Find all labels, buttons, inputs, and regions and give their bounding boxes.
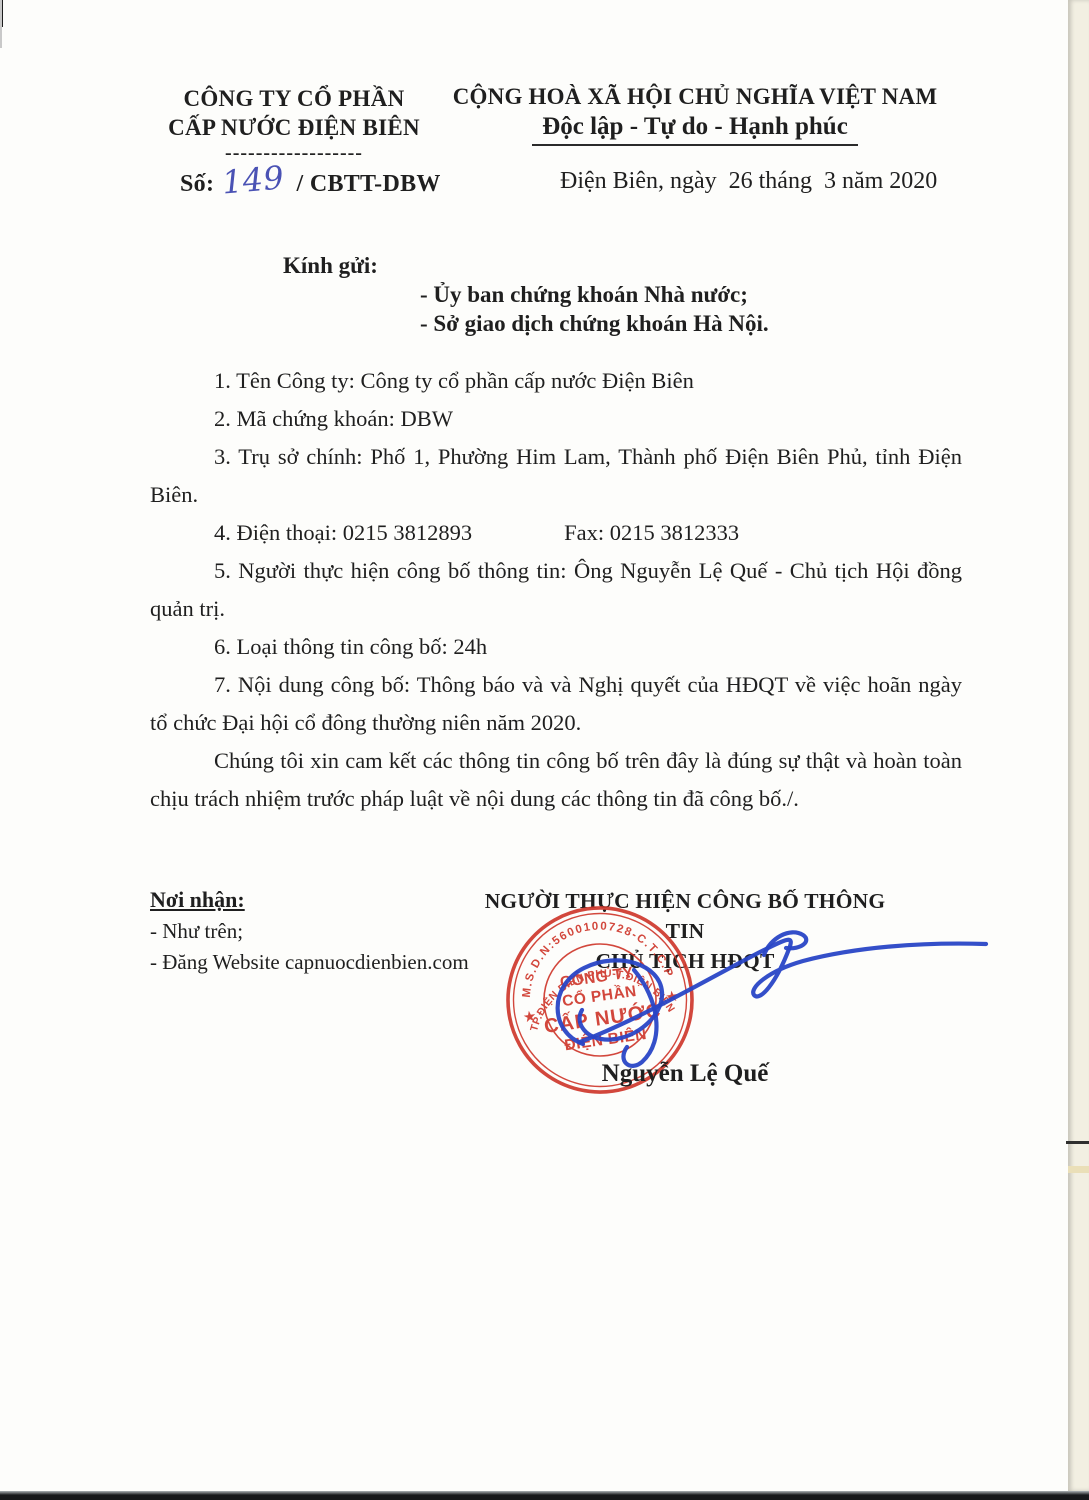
phone-number: 4. Điện thoại: 0215 3812893 (214, 520, 472, 545)
recipient-list: - Ủy ban chứng khoán Nhà nước; - Sở giao… (420, 281, 769, 338)
recipient-item: - Sở giao dịch chứng khoán Hà Nội. (420, 310, 769, 339)
distribution-item: - Đăng Website capnuocdienbien.com (150, 947, 469, 979)
scan-artifact (1068, 1166, 1089, 1173)
handwritten-document-number: 149 (222, 177, 284, 182)
star-icon: ★ (523, 1008, 537, 1025)
body-item-disclosure-content: 7. Nội dung công bố: Thông báo và và Ngh… (150, 666, 962, 742)
body-item-company-name: 1. Tên Công ty: Công ty cổ phần cấp nước… (150, 362, 962, 400)
national-motto: Độc lập - Tự do - Hạnh phúc (532, 113, 858, 146)
document-number-line: Số:149 / CBTT-DBW (146, 170, 442, 199)
body-item-phone-fax: 4. Điện thoại: 0215 3812893Fax: 0215 381… (150, 514, 962, 552)
header-divider-dashes: ------------------ (146, 144, 442, 162)
distribution-item: - Như trên; (150, 916, 469, 948)
recipient-item: - Ủy ban chứng khoán Nhà nước; (420, 281, 769, 310)
body-item-disclosure-person: 5. Người thực hiện công bố thông tin: Ôn… (150, 552, 962, 628)
company-name-line1: CÔNG TY CỔ PHẦN (146, 84, 442, 113)
commitment-paragraph: Chúng tôi xin cam kết các thông tin công… (150, 742, 962, 818)
place-date-line: Điện Biên, ngày 26 tháng 3 năm 2020 (560, 168, 937, 195)
national-title: CỘNG HOÀ XÃ HỘI CHỦ NGHĨA VIỆT NAM (452, 84, 938, 110)
scan-artifact (1066, 1141, 1089, 1144)
fax-number: Fax: 0215 3812333 (564, 520, 739, 545)
body-item-ticker: 2. Mã chứng khoán: DBW (150, 400, 962, 438)
issuer-header: CÔNG TY CỔ PHẦN CẤP NƯỚC ĐIỆN BIÊN -----… (146, 84, 442, 199)
signer-name: Nguyễn Lệ Quế (555, 1060, 815, 1088)
scan-bottom-edge (0, 1491, 1089, 1500)
scan-artifact (0, 0, 2, 48)
national-header: CỘNG HOÀ XÃ HỘI CHỦ NGHĨA VIỆT NAM Độc l… (452, 84, 938, 146)
body-item-headquarters: 3. Trụ sở chính: Phố 1, Phường Him Lam, … (150, 438, 962, 514)
document-body: 1. Tên Công ty: Công ty cổ phần cấp nước… (150, 362, 962, 818)
distribution-label: Nơi nhận: (150, 884, 469, 916)
scanned-document-page: CÔNG TY CỔ PHẦN CẤP NƯỚC ĐIỆN BIÊN -----… (0, 0, 1089, 1500)
salutation-label: Kính gửi: (283, 253, 378, 279)
document-number-label: Số: (180, 171, 214, 197)
body-item-disclosure-type: 6. Loại thông tin công bố: 24h (150, 628, 962, 666)
scanner-edge-strip (1068, 0, 1089, 1491)
document-number-suffix: / CBTT-DBW (297, 171, 441, 197)
company-name-line2: CẤP NƯỚC ĐIỆN BIÊN (146, 113, 442, 142)
distribution-block: Nơi nhận: - Như trên; - Đăng Website cap… (150, 884, 469, 979)
